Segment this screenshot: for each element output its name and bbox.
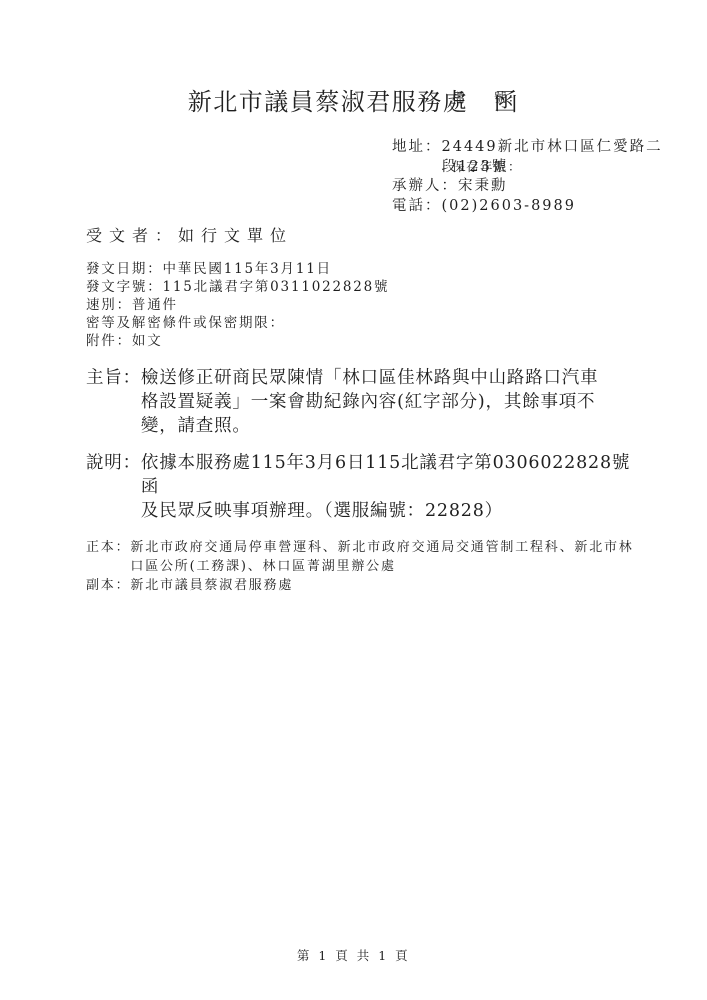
letter-body: 受文者：如行文單位 發文日期： 中華民國115年3月11日 發文字號： 115北…: [86, 224, 634, 595]
issue-date-label: 發文日期：: [86, 260, 163, 278]
sender-address-row: 地址： 24449新北市林口區仁愛路二 段123號: [392, 138, 663, 177]
copy-recipients-value: 新北市議員蔡淑君服務處: [130, 576, 293, 595]
attachment-value: 如文: [132, 332, 163, 350]
priority-label: 速別：: [86, 296, 132, 314]
official-letter-page: 檔 號： 保存年限： 新北市議員蔡淑君服務處 函 地址： 24449新北市林口區…: [0, 0, 707, 1000]
priority-row: 速別： 普通件: [86, 296, 634, 314]
issue-date-row: 發文日期： 中華民國115年3月11日: [86, 260, 634, 278]
priority-value: 普通件: [132, 296, 178, 314]
issue-date-value: 中華民國115年3月11日: [163, 260, 332, 278]
reference-number-label: 發文字號：: [86, 278, 163, 296]
sender-info-block: 地址： 24449新北市林口區仁愛路二 段123號 承辦人： 宋秉勳 電話： (…: [392, 138, 663, 216]
copy-recipients-label: 副本：: [86, 576, 130, 595]
phone-label: 電話：: [392, 197, 442, 217]
original-recipients-value: 新北市政府交通局停車營運科、新北市政府交通局交通管制工程科、新北市林 口區公所(…: [130, 538, 633, 576]
address-value: 24449新北市林口區仁愛路二 段123號: [442, 138, 663, 177]
sender-contact-row: 承辦人： 宋秉勳: [392, 177, 663, 197]
recipient-value: 如行文單位: [178, 226, 293, 245]
phone-value: (02)2603-8989: [442, 197, 576, 217]
document-meta-block: 發文日期： 中華民國115年3月11日 發文字號： 115北議君字第031102…: [86, 260, 634, 350]
distribution-block: 正本： 新北市政府交通局停車營運科、新北市政府交通局交通管制工程科、新北市林 口…: [86, 538, 634, 595]
contact-person-label: 承辦人：: [392, 177, 458, 197]
reference-number-row: 發文字號： 115北議君字第0311022828號: [86, 278, 634, 296]
original-recipients-row: 正本： 新北市政府交通局停車營運科、新北市政府交通局交通管制工程科、新北市林 口…: [86, 538, 634, 576]
attachment-label: 附件：: [86, 332, 132, 350]
sender-phone-row: 電話： (02)2603-8989: [392, 197, 663, 217]
address-label: 地址：: [392, 138, 442, 158]
original-recipients-label: 正本：: [86, 538, 130, 557]
reference-number-value: 115北議君字第0311022828號: [163, 278, 390, 296]
description-label: 說明：: [86, 451, 141, 475]
description-paragraph: 說明： 依據本服務處115年3月6日115北議君字第0306022828號函 及…: [86, 451, 634, 523]
contact-person-value: 宋秉勳: [458, 177, 508, 197]
attachment-row: 附件： 如文: [86, 332, 634, 350]
copy-recipients-row: 副本： 新北市議員蔡淑君服務處: [86, 576, 634, 595]
page-number: 第 1 頁 共 1 頁: [0, 946, 707, 964]
security-classification-row: 密等及解密條件或保密期限：: [86, 314, 634, 332]
subject-text: 檢送修正研商民眾陳情「林口區佳林路與中山路路口汽車 格設置疑義」一案會勘紀錄內容…: [141, 366, 599, 438]
subject-label: 主旨：: [86, 366, 141, 390]
document-title: 新北市議員蔡淑君服務處 函: [0, 82, 707, 117]
security-classification-label: 密等及解密條件或保密期限：: [86, 314, 285, 332]
description-text: 依據本服務處115年3月6日115北議君字第0306022828號函 及民眾反映…: [141, 451, 634, 523]
subject-paragraph: 主旨： 檢送修正研商民眾陳情「林口區佳林路與中山路路口汽車 格設置疑義」一案會勘…: [86, 366, 634, 438]
recipient-label: 受文者：: [86, 226, 178, 245]
recipient-line: 受文者：如行文單位: [86, 224, 634, 248]
